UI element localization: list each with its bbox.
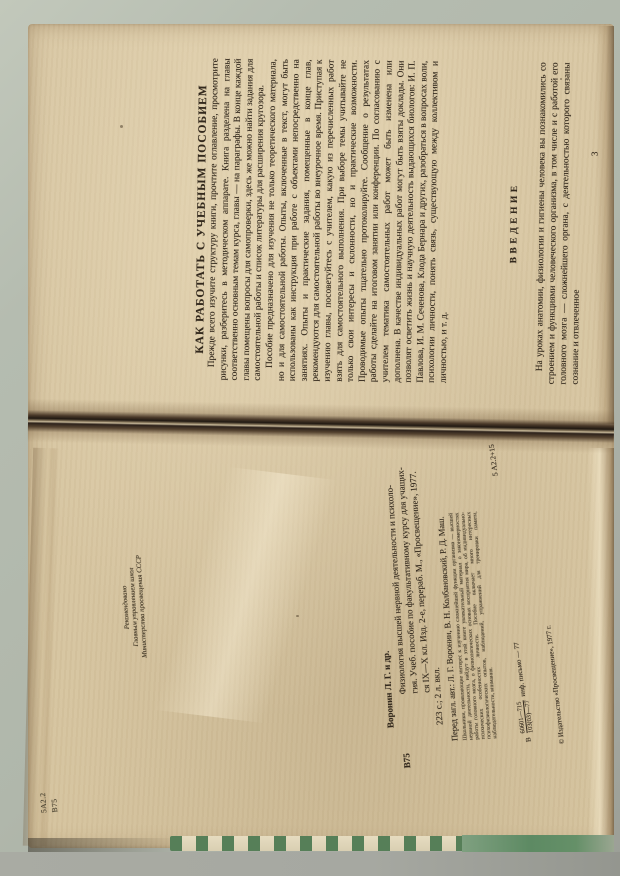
card-author: Воронин Л. Г. и др.	[381, 650, 396, 728]
card-collation: 223 с.; 2 л. вкл.	[431, 667, 445, 725]
chapter-heading: ВВЕДЕНИЕ	[508, 62, 522, 384]
intro-paragraph: На уроках анатомии, физиологии и гигиены…	[534, 62, 586, 385]
classification-codes: 5А2.2 В75	[38, 792, 60, 814]
print-code-fraction: 60601—715 103(03)—77	[516, 700, 535, 735]
udc-code: 5 А2.2+15	[487, 444, 500, 477]
book-scan-screenshot: КАК РАБОТАТЬ С УЧЕБНЫМ ПОСОБИЕМ Прежде в…	[0, 0, 620, 876]
body-text: Прежде всего изучите структуру книги, пр…	[207, 58, 454, 383]
scanner-bed-bottom	[0, 852, 620, 876]
right-page: КАК РАБОТАТЬ С УЧЕБНЫМ ПОСОБИЕМ Прежде в…	[30, 30, 617, 444]
copyright-line: © Издательство «Просвещение», 1977 г.	[544, 625, 566, 745]
author-mark: В75	[49, 792, 61, 813]
body-paragraph-1: Прежде всего изучите структуру книги, пр…	[207, 58, 269, 381]
intro-text: На уроках анатомии, физиологии и гигиены…	[534, 62, 586, 385]
approval-stamp: Рекомендовано Главным управлением школ М…	[118, 527, 151, 686]
classification-code: 5А2.2	[38, 792, 50, 813]
card-author-mark: В75	[401, 753, 412, 769]
page-number: 3	[589, 142, 599, 166]
left-page: 5А2.2 В75 Рекомендовано Главным управлен…	[4, 407, 620, 856]
print-code-suffix: инф. письмо — 77	[512, 642, 527, 697]
print-code-prefix: В	[524, 737, 533, 743]
body-paragraph-2: Пособие предназначено для изучения не то…	[265, 59, 454, 383]
